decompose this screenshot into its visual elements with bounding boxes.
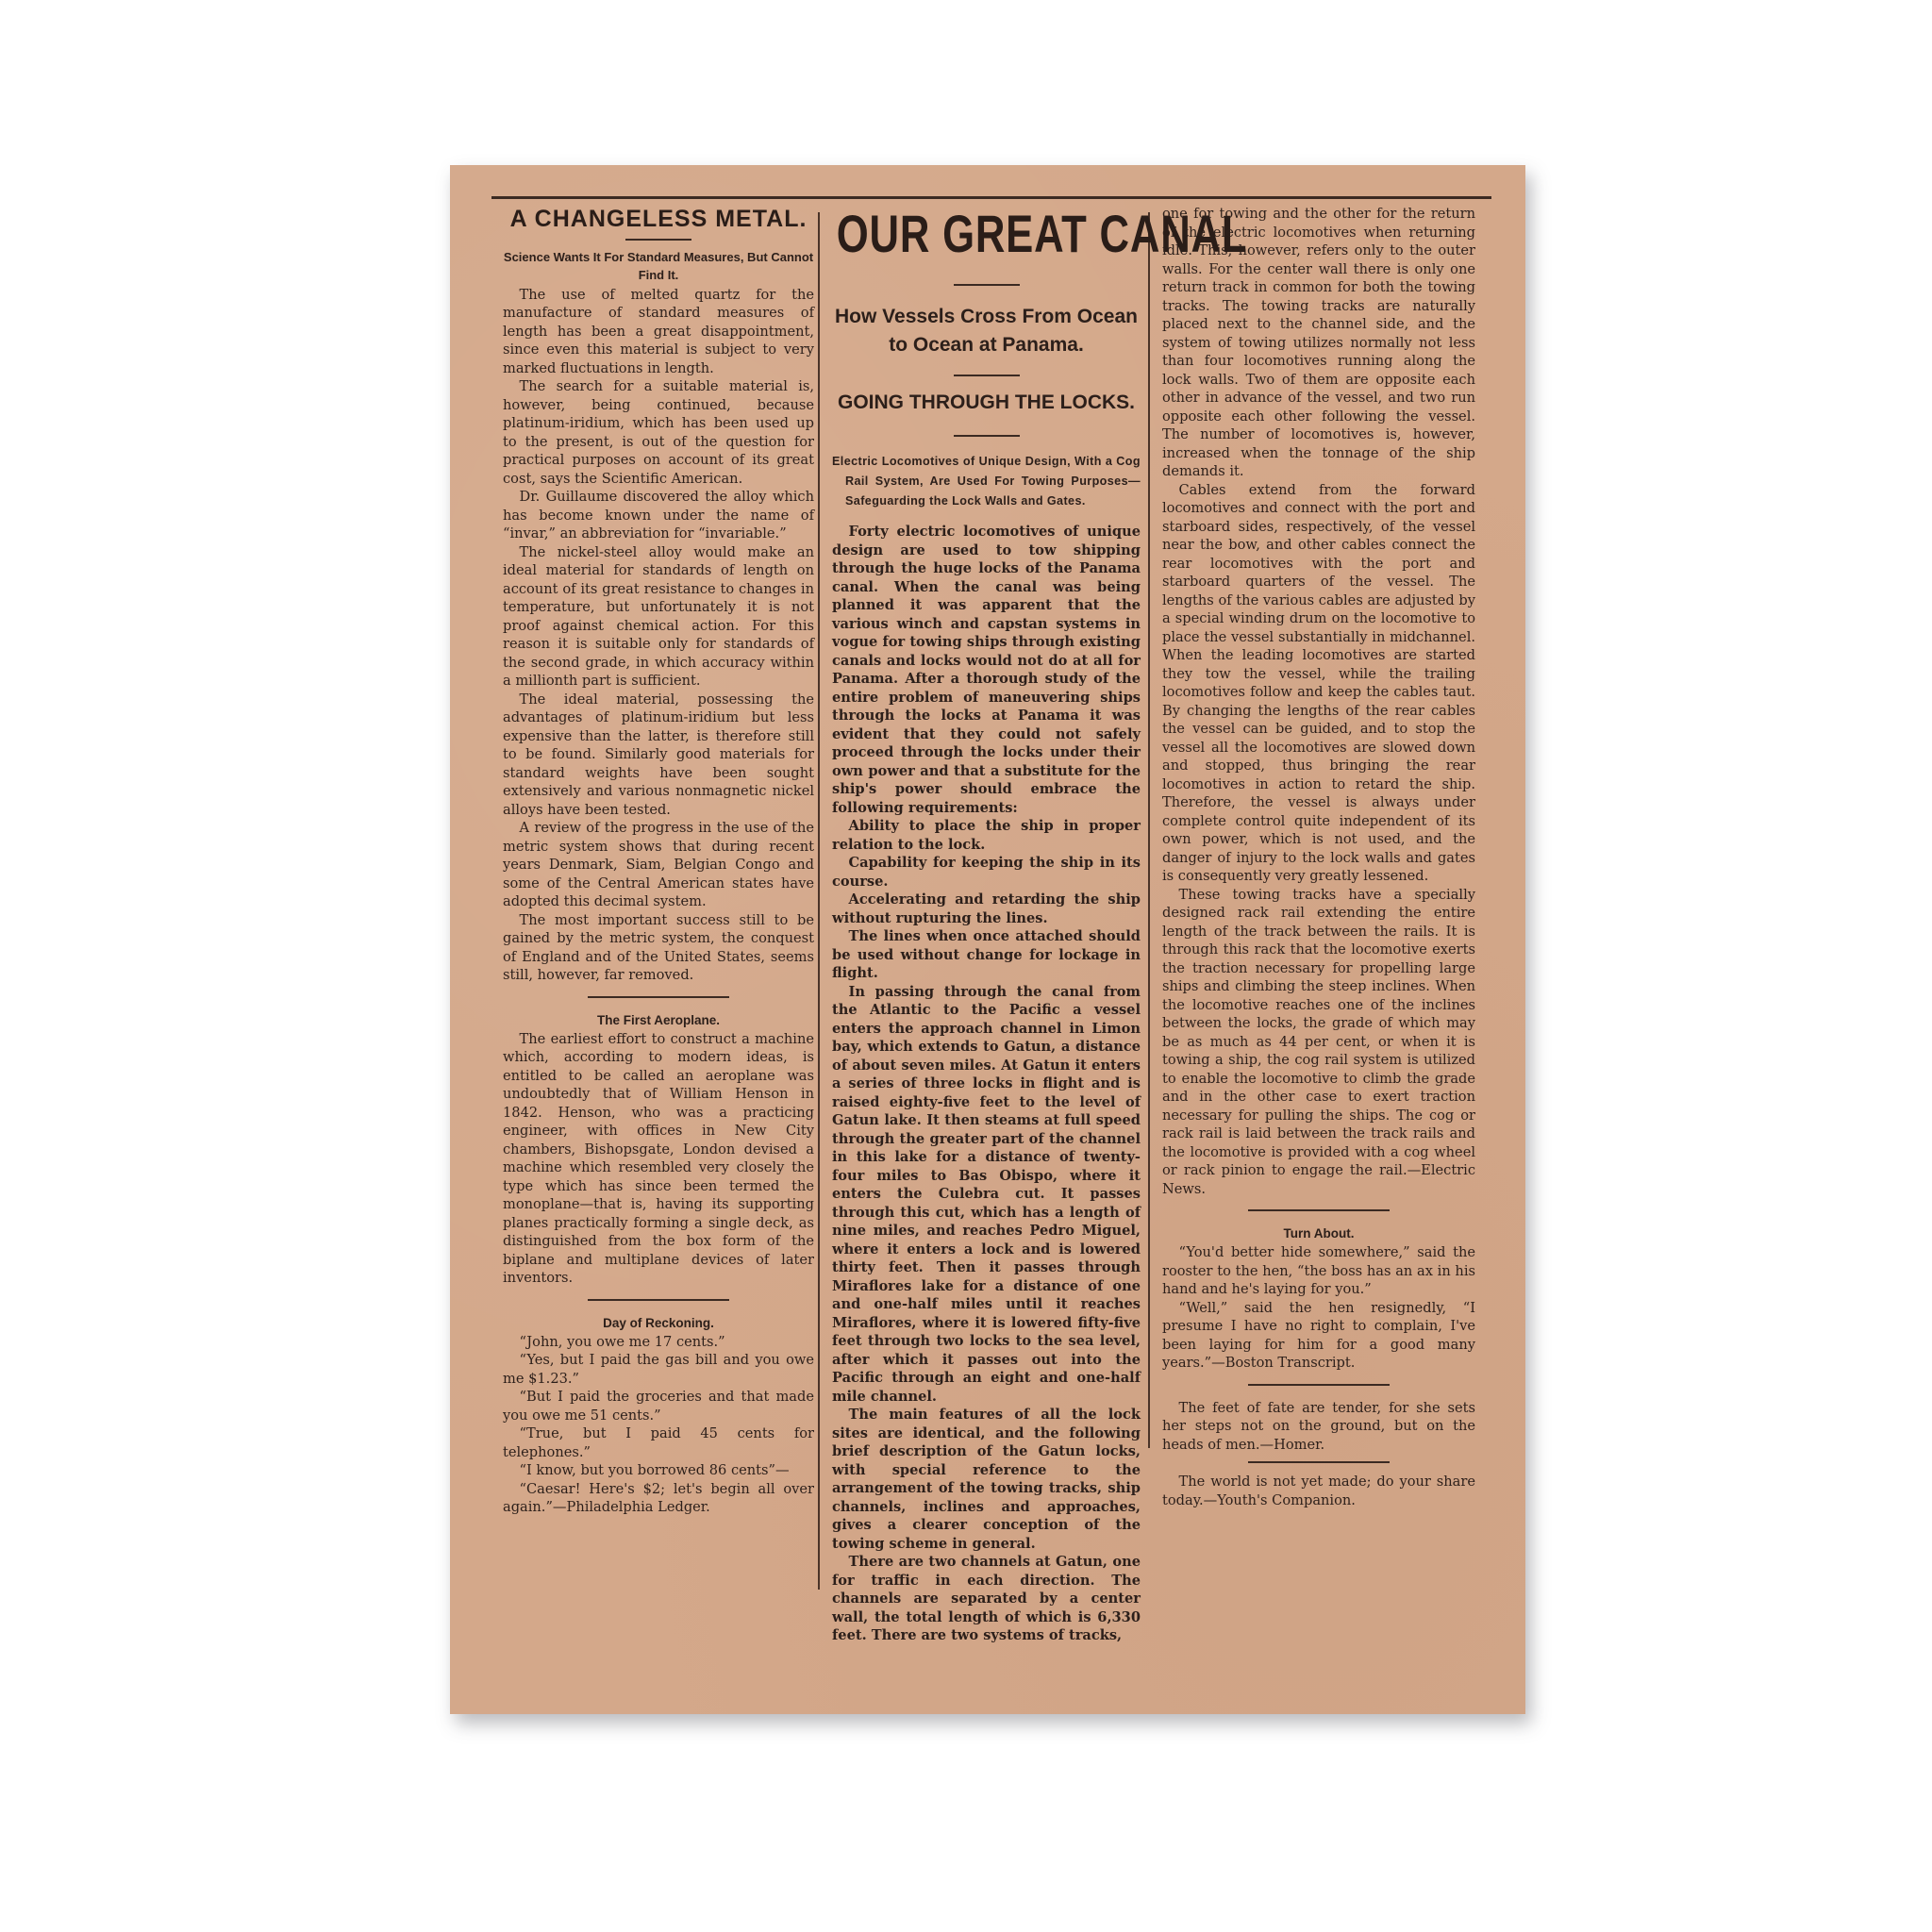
paragraph: “Yes, but I paid the gas bill and you ow… bbox=[503, 1351, 814, 1388]
divider-rule bbox=[1248, 1384, 1390, 1386]
paragraph: “John, you owe me 17 cents.” bbox=[503, 1333, 814, 1352]
divider-rule bbox=[954, 375, 1020, 376]
paragraph: The earliest effort to construct a machi… bbox=[503, 1030, 814, 1288]
paragraph: “You'd better hide somewhere,” said the … bbox=[1162, 1243, 1475, 1299]
column-divider-1 bbox=[818, 212, 820, 1590]
divider-rule bbox=[625, 239, 691, 241]
paragraph: The main features of all the lock sites … bbox=[832, 1406, 1141, 1553]
subhead-vessels-cross: How Vessels Cross From Ocean to Ocean at… bbox=[832, 303, 1141, 359]
paragraph: These towing tracks have a specially des… bbox=[1162, 886, 1475, 1199]
title-turn-about: Turn About. bbox=[1162, 1224, 1475, 1243]
paragraph: “Caesar! Here's $2; let's begin all over… bbox=[503, 1480, 814, 1517]
paragraph: A review of the progress in the use of t… bbox=[503, 819, 814, 911]
paragraph: Forty electric locomotives of unique des… bbox=[832, 523, 1141, 817]
column-3: one for towing and the other for the ret… bbox=[1162, 205, 1475, 1509]
column-2: OUR GREAT CANAL How Vessels Cross From O… bbox=[832, 205, 1141, 1645]
paragraph: The most important success still to be g… bbox=[503, 911, 814, 985]
divider-rule bbox=[954, 284, 1020, 286]
deck-electric-locomotives: Electric Locomotives of Unique Design, W… bbox=[832, 452, 1141, 511]
paragraph: Cables extend from the forward locomotiv… bbox=[1162, 481, 1475, 886]
paragraph: Ability to place the ship in proper rela… bbox=[832, 817, 1141, 854]
headline-changeless-metal: A CHANGELESS METAL. bbox=[503, 210, 814, 229]
paragraph: In passing through the canal from the At… bbox=[832, 983, 1141, 1407]
quote-youths-companion: The world is not yet made; do your share… bbox=[1162, 1473, 1475, 1509]
divider-rule bbox=[588, 996, 729, 998]
headline-our-great-canal: OUR GREAT CANAL bbox=[837, 205, 1136, 263]
subhead-going-through-locks: GOING THROUGH THE LOCKS. bbox=[832, 390, 1141, 416]
paragraph: There are two channels at Gatun, one for… bbox=[832, 1553, 1141, 1645]
column-1: A CHANGELESS METAL. Science Wants It For… bbox=[503, 205, 814, 1517]
paragraph: The nickel-steel alloy would make an ide… bbox=[503, 543, 814, 691]
divider-rule bbox=[588, 1299, 729, 1301]
paragraph: The ideal material, possessing the advan… bbox=[503, 691, 814, 820]
quote-homer: The feet of fate are tender, for she set… bbox=[1162, 1399, 1475, 1455]
divider-rule bbox=[1248, 1209, 1390, 1211]
top-rule bbox=[491, 196, 1491, 199]
paragraph: “True, but I paid 45 cents for telephone… bbox=[503, 1424, 814, 1461]
paragraph: “I know, but you borrowed 86 cents”— bbox=[503, 1461, 814, 1480]
title-first-aeroplane: The First Aeroplane. bbox=[503, 1011, 814, 1030]
paragraph: The lines when once attached should be u… bbox=[832, 927, 1141, 983]
paragraph: “Well,” said the hen resignedly, “I pres… bbox=[1162, 1299, 1475, 1373]
title-day-of-reckoning: Day of Reckoning. bbox=[503, 1314, 814, 1333]
paragraph: “But I paid the groceries and that made … bbox=[503, 1388, 814, 1424]
deck-changeless-metal: Science Wants It For Standard Measures, … bbox=[503, 248, 814, 284]
paragraph: The search for a suitable material is, h… bbox=[503, 377, 814, 488]
newspaper-clipping: A CHANGELESS METAL. Science Wants It For… bbox=[450, 165, 1525, 1714]
divider-rule bbox=[1248, 1461, 1390, 1463]
column-divider-2 bbox=[1148, 212, 1150, 1448]
paragraph-continuation: one for towing and the other for the ret… bbox=[1162, 205, 1475, 481]
paragraph: Dr. Guillaume discovered the alloy which… bbox=[503, 488, 814, 543]
paragraph: Capability for keeping the ship in its c… bbox=[832, 854, 1141, 891]
paragraph: The use of melted quartz for the manufac… bbox=[503, 286, 814, 378]
paragraph: Accelerating and retarding the ship with… bbox=[832, 891, 1141, 927]
divider-rule bbox=[954, 435, 1020, 437]
